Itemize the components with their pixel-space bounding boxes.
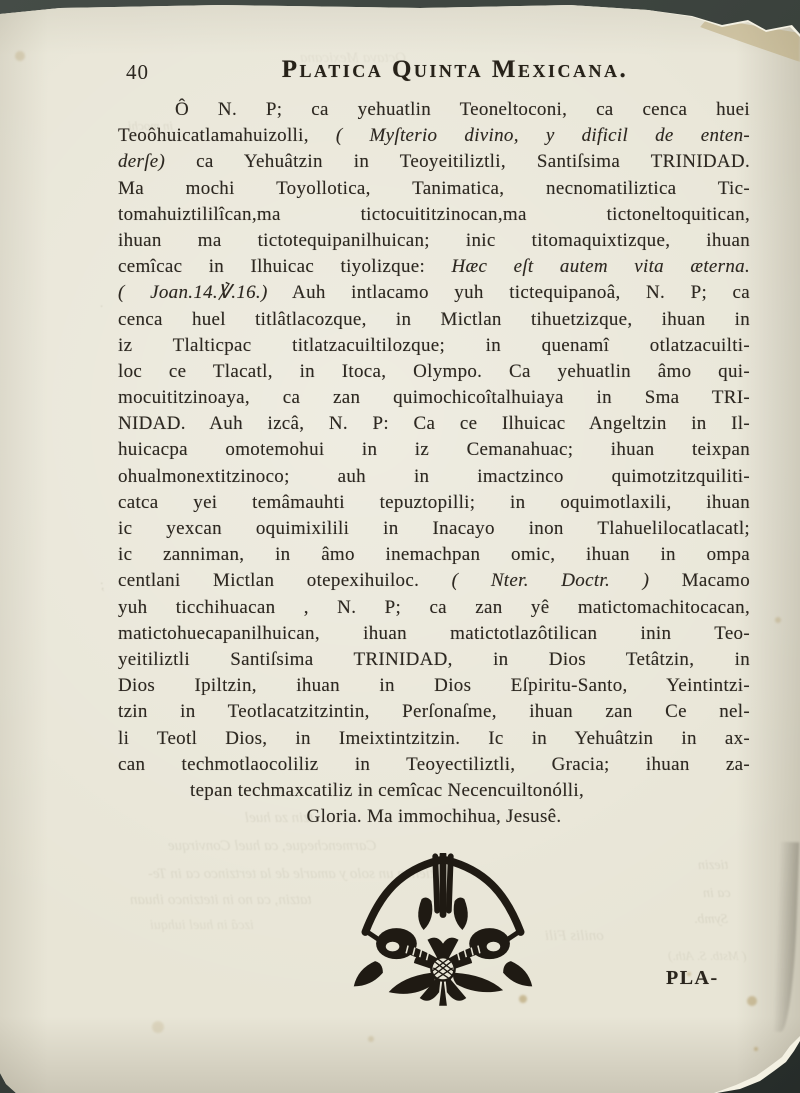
roman-text: ic yexcan oquimixilili in Inacayo inon T…: [118, 518, 750, 539]
text-line: Teoôhuicatlamahuizolli, ( Myſterio divin…: [118, 123, 750, 149]
roman-text: matictohuecapanilhuican, ihuan matictotl…: [118, 623, 750, 644]
roman-text: catca yei temâmauhti tepuztopilli; in oq…: [118, 492, 750, 513]
roman-text: loc ce Tlacatl, in Itoca, Olympo. Ca yeh…: [118, 361, 750, 382]
bleedthrough-text: ·: [100, 300, 104, 316]
text-line: ic zanniman, in âmo inemachpan omic, ihu…: [118, 542, 750, 568]
foxing-spot: [368, 1036, 374, 1042]
book-page: 40 Platica Quinta Mexicana. Ô N. P; ca y…: [0, 0, 800, 1093]
foxing-spot: [754, 1047, 758, 1051]
body-text: Ô N. P; ca yehuatlin Teoneltoconi, ca ce…: [118, 97, 750, 830]
page-crease: [773, 842, 800, 1033]
foxing-spot: [747, 996, 757, 1006]
roman-text: Dios Ipiltzin, ihuan in Dios Eſpiritu-Sa…: [118, 675, 750, 696]
bleedthrough-text: tatzin, ca no in itetzinco ihuan: [130, 892, 312, 909]
roman-text: Ma mochi Toyollotica, Tanimatica, necnom…: [118, 178, 750, 199]
text-line: loc ce Tlacatl, in Itoca, Olympo. Ca yeh…: [118, 359, 750, 385]
bleedthrough-text: onilis Fili: [545, 928, 604, 945]
roman-text: mocuititzinoaya, ca zan quimochicoîtalhu…: [118, 387, 750, 408]
text-line: huicacpa omotemohui in iz Cemanahuac; ih…: [118, 437, 750, 463]
text-line: catca yei temâmauhti tepuztopilli; in oq…: [118, 490, 750, 516]
text-line: cenca huel titlâtlacozque, in Mictlan ti…: [118, 307, 750, 333]
italic-text: ( Nter. Doctr. ): [452, 570, 650, 591]
roman-text: yuh ticchihuacan , N. P; ca zan yê matic…: [118, 597, 750, 618]
roman-text: NIDAD. Auh izcâ, N. P: Ca ce Ilhuicac An…: [118, 413, 750, 434]
roman-text: tomahuiztililîcan,ma tictocuititzinocan,…: [118, 204, 750, 225]
roman-text: cenca huel titlâtlacozque, in Mictlan ti…: [118, 309, 750, 330]
worn-corner: [700, 12, 800, 62]
text-line: ohualmonextitzinoco; auh in imactzinco q…: [118, 464, 750, 490]
roman-text: Ô N. P; ca yehuatlin Teoneltoconi, ca ce…: [175, 99, 750, 120]
text-line: Dios Ipiltzin, ihuan in Dios Eſpiritu-Sa…: [118, 673, 750, 699]
text-line: ( Joan.14.℣.16.) Auh intlacamo yuh ticte…: [118, 280, 750, 306]
roman-text: tepan techmaxcatiliz in cemîcac Necencui…: [190, 780, 584, 801]
text-line: tomahuiztililîcan,ma tictocuititzinocan,…: [118, 202, 750, 228]
text-line: can techmotlaocoliliz in Teoyectiliztli,…: [118, 752, 750, 778]
bleedthrough-text: izcâ in huel iuhqui: [150, 918, 254, 934]
bleedthrough-text: tiezin: [698, 858, 728, 874]
text-line: tzin in Teotlacatzitzintin, Perſonaſme, …: [118, 699, 750, 725]
bleedthrough-text: Symb.: [694, 912, 728, 928]
floral-ornament: [346, 853, 540, 1011]
text-line: matictohuecapanilhuican, ihuan matictotl…: [118, 621, 750, 647]
text-line: NIDAD. Auh izcâ, N. P: Ca ce Ilhuicac An…: [118, 411, 750, 437]
text-line: Gloria. Ma immochihua, Jesusê.: [118, 804, 750, 830]
bleedthrough-text: ;: [100, 578, 105, 594]
scanned-book-photo: 40 Platica Quinta Mexicana. Ô N. P; ca y…: [0, 0, 800, 1093]
bleedthrough-text: ( Mstb. S. Ath.): [668, 948, 746, 964]
roman-text: ihuan ma tictotequipanilhuican; inic tit…: [118, 230, 750, 251]
text-line: yeitiliztli Santiſsima TRINIDAD, in Dios…: [118, 647, 750, 673]
text-line: Ô N. P; ca yehuatlin Teoneltoconi, ca ce…: [118, 97, 750, 123]
roman-text: iz Tlalticpac titlatzacuiltilozque; in q…: [118, 335, 750, 356]
text-line: ihuan ma tictotequipanilhuican; inic tit…: [118, 228, 750, 254]
roman-text: huicacpa omotemohui in iz Cemanahuac; ih…: [118, 439, 750, 460]
text-line: Ma mochi Toyollotica, Tanimatica, necnom…: [118, 176, 750, 202]
page-header: 40 Platica Quinta Mexicana.: [0, 56, 800, 88]
text-line: derſe) ca Yehuâtzin in Teoyeitiliztli, S…: [118, 149, 750, 175]
running-title: Platica Quinta Mexicana.: [140, 56, 770, 84]
text-line: iz Tlalticpac titlatzacuiltilozque; in q…: [118, 333, 750, 359]
roman-text: tzin in Teotlacatzitzintin, Perſonaſme, …: [118, 701, 750, 722]
italic-text: derſe): [118, 151, 165, 172]
text-line: centlani Mictlan otepexihuiloc. ( Nter. …: [118, 568, 750, 594]
foxing-spot: [775, 617, 781, 623]
italic-text: Hæc eſt autem vita æterna.: [451, 256, 750, 277]
bleedthrough-text: ca in: [703, 886, 731, 902]
roman-text: li Teotl Dios, in Imeixtintzitzin. Ic in…: [118, 728, 750, 749]
roman-text: can techmotlaocoliliz in Teoyectiliztli,…: [118, 754, 750, 775]
roman-text: ohualmonextitzinoco; auh in imactzinco q…: [118, 466, 750, 487]
text-line: cemîcac in Ilhuicac tiyolizque: Hæc eſt …: [118, 254, 750, 280]
roman-text: Auh intlacamo yuh tictequipanoâ, N. P; c…: [268, 282, 750, 303]
catchword: PLA-: [666, 967, 756, 990]
roman-text: ic zanniman, in âmo inemachpan omic, ihu…: [118, 544, 750, 565]
text-line: tepan techmaxcatiliz in cemîcac Necencui…: [118, 778, 750, 804]
foxing-spot: [152, 1021, 164, 1033]
italic-text: ( Myſterio divino, y dificil de enten-: [336, 125, 750, 146]
text-line: yuh ticchihuacan , N. P; ca zan yê matic…: [118, 595, 750, 621]
roman-text: Macamo: [649, 570, 750, 591]
roman-text: ca Yehuâtzin in Teoyeitiliztli, Santiſsi…: [165, 151, 750, 172]
roman-text: centlani Mictlan otepexihuiloc.: [118, 570, 452, 591]
text-line: li Teotl Dios, in Imeixtintzitzin. Ic in…: [118, 726, 750, 752]
text-line: mocuititzinoaya, ca zan quimochicoîtalhu…: [118, 385, 750, 411]
roman-text: Teoôhuicatlamahuizolli,: [118, 125, 336, 146]
italic-text: ( Joan.14.℣.16.): [118, 282, 268, 303]
text-line: ic yexcan oquimixilili in Inacayo inon T…: [118, 516, 750, 542]
roman-text: Gloria. Ma immochihua, Jesusê.: [307, 806, 562, 827]
roman-text: yeitiliztli Santiſsima TRINIDAD, in Dios…: [118, 649, 750, 670]
roman-text: cemîcac in Ilhuicac tiyolizque:: [118, 256, 451, 277]
